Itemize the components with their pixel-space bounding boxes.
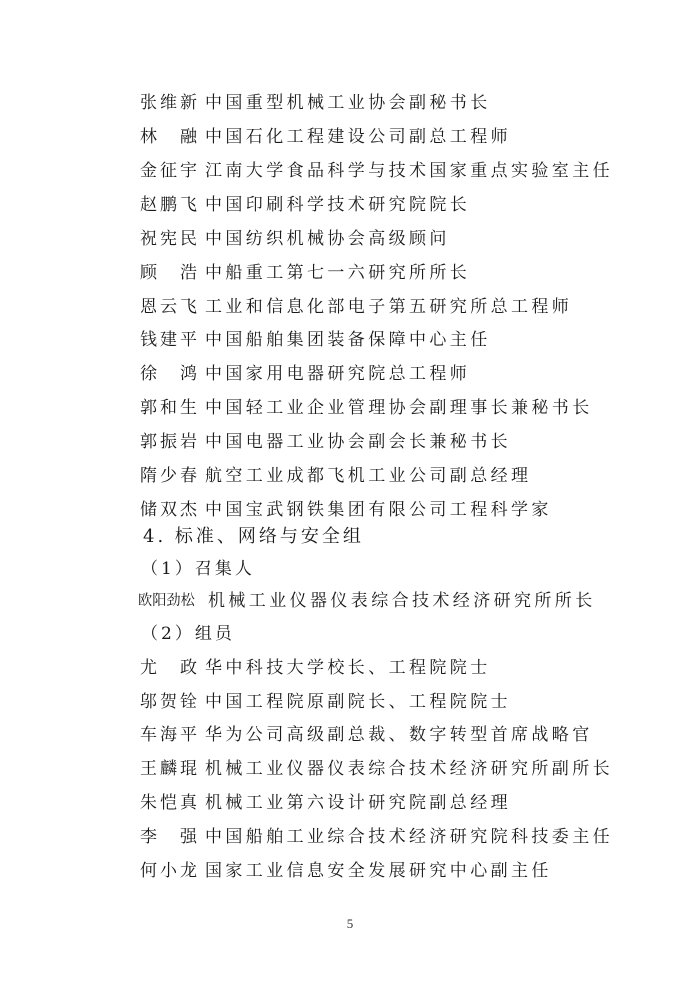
member-name: 朱恺真 xyxy=(140,788,202,818)
convener-label: （1）召集人 xyxy=(141,554,255,584)
member-name: 储双杰 xyxy=(140,495,202,525)
convener-name: 欧阳劲松 xyxy=(138,586,199,616)
member-title: 机械工业第六设计研究院副总经理 xyxy=(205,788,511,818)
member-title: 中国船舶集团装备保障中心主任 xyxy=(205,325,491,355)
member-title: 中国船舶工业综合技术经济研究院科技委主任 xyxy=(205,822,613,852)
member-name: 郭振岩 xyxy=(140,427,202,457)
member-title: 中国工程院原副院长、工程院院士 xyxy=(205,687,511,717)
page-number: 5 xyxy=(0,916,700,932)
member-name: 顾 浩 xyxy=(140,258,202,288)
member-title: 机械工业仪器仪表综合技术经济研究所副所长 xyxy=(205,754,613,784)
members-label: （2）组员 xyxy=(141,619,235,649)
member-title: 中国家用电器研究院总工程师 xyxy=(205,359,470,389)
member-title: 中国宝武钢铁集团有限公司工程科学家 xyxy=(205,495,552,525)
member-name: 祝宪民 xyxy=(140,224,202,254)
member-name: 郭和生 xyxy=(140,393,202,423)
member-title: 中国纺织机械协会高级顾问 xyxy=(205,224,450,254)
member-title: 国家工业信息安全发展研究中心副主任 xyxy=(205,856,552,886)
member-name: 张维新 xyxy=(140,88,202,118)
member-name: 恩云飞 xyxy=(140,292,202,322)
member-title: 中国重型机械工业协会副秘书长 xyxy=(205,88,491,118)
section-heading: 4. 标准、网络与安全组 xyxy=(143,522,364,552)
member-name: 徐 鸿 xyxy=(140,359,202,389)
member-name: 尤 政 xyxy=(140,653,202,683)
member-name: 车海平 xyxy=(140,720,202,750)
member-name: 赵鹏飞 xyxy=(140,190,202,220)
member-title: 中国石化工程建设公司副总工程师 xyxy=(205,122,511,152)
member-name: 何小龙 xyxy=(140,856,202,886)
member-title: 华为公司高级副总裁、数字转型首席战略官 xyxy=(205,720,593,750)
member-title: 华中科技大学校长、工程院院士 xyxy=(205,653,491,683)
member-name: 王麟琨 xyxy=(140,754,202,784)
member-name: 钱建平 xyxy=(140,325,202,355)
member-name: 邬贺铨 xyxy=(140,687,202,717)
member-title: 中国印刷科学技术研究院院长 xyxy=(205,190,470,220)
member-title: 中船重工第七一六研究所所长 xyxy=(205,258,470,288)
member-name: 李 强 xyxy=(140,822,202,852)
member-name: 林 融 xyxy=(140,122,202,152)
member-name: 隋少春 xyxy=(140,461,202,491)
convener-title: 机械工业仪器仪表综合技术经济研究所所长 xyxy=(208,586,596,616)
member-title: 航空工业成都飞机工业公司副总经理 xyxy=(205,461,531,491)
member-title: 中国电器工业协会副会长兼秘书长 xyxy=(205,427,511,457)
member-name: 金征宇 xyxy=(140,156,202,186)
member-title: 工业和信息化部电子第五研究所总工程师 xyxy=(205,292,572,322)
member-title: 中国轻工业企业管理协会副理事长兼秘书长 xyxy=(205,393,593,423)
member-title: 江南大学食品科学与技术国家重点实验室主任 xyxy=(205,156,613,186)
document-page: 张维新 中国重型机械工业协会副秘书长 林 融 中国石化工程建设公司副总工程师 金… xyxy=(0,0,700,989)
